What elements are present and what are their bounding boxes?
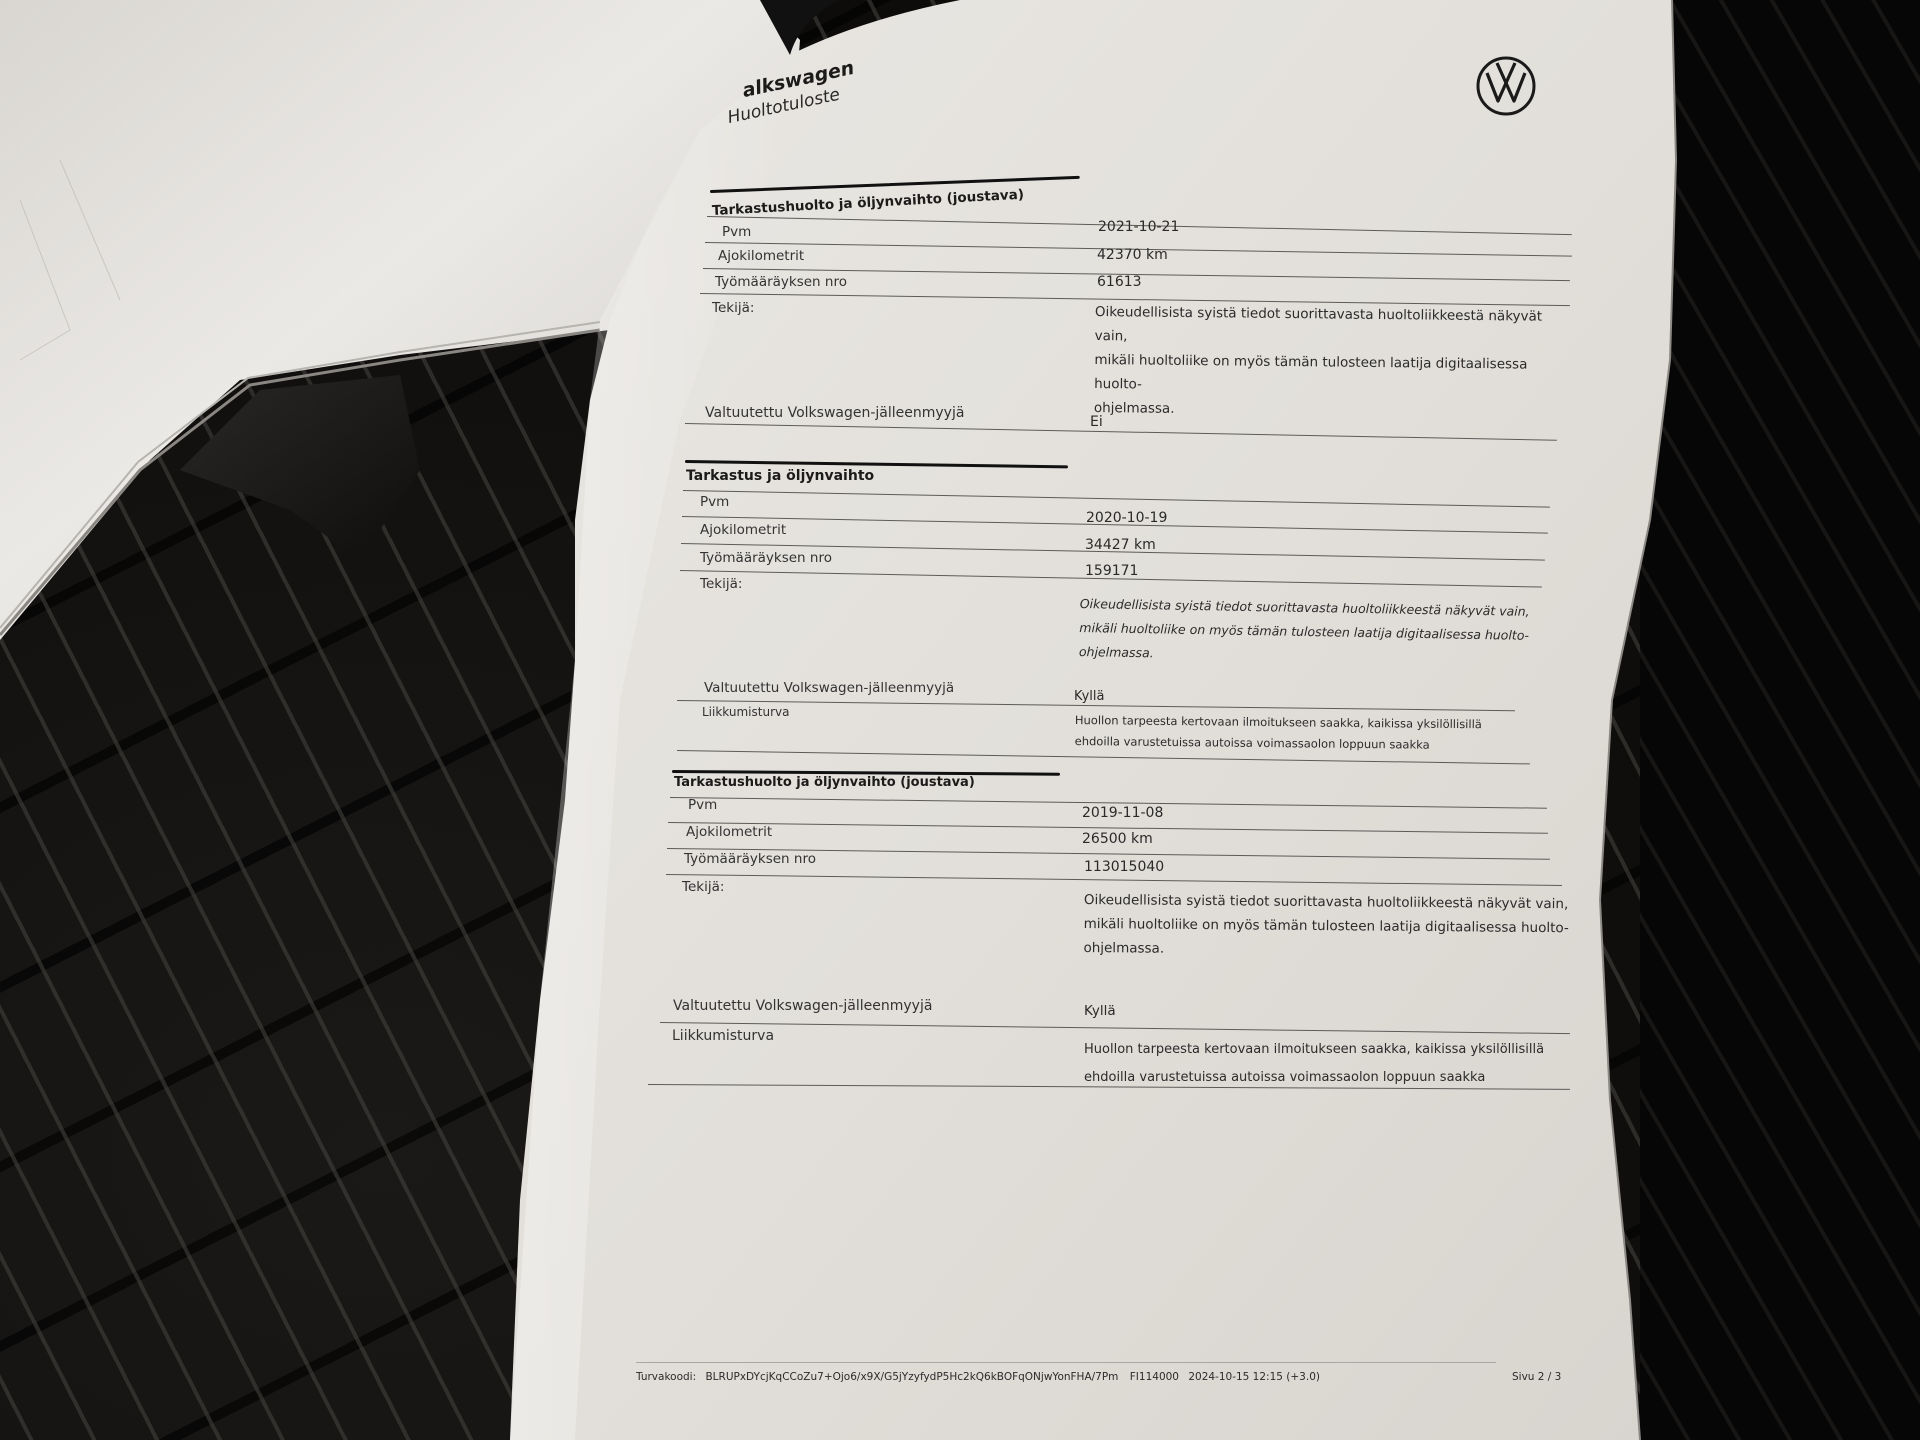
dealer-code: FI114000 [1130, 1371, 1179, 1383]
page-number: Sivu 2 / 3 [1512, 1371, 1561, 1383]
row-label-date: Pvm [722, 224, 751, 240]
row-value-mileage: 42370 km [1097, 247, 1168, 263]
row-label-performer: Tekijä: [712, 300, 754, 316]
row-value-authorized-dealer: Kyllä [1084, 1003, 1116, 1019]
row-label-work-order: Työmääräyksen nro [700, 550, 832, 566]
row-label-mobility: Liikkumisturva [672, 1028, 774, 1044]
row-label-authorized-dealer: Valtuutettu Volkswagen-jälleenmyyjä [705, 405, 964, 421]
security-code-label: Turvakoodi: [636, 1371, 696, 1383]
section-title: Tarkastushuolto ja öljynvaihto (joustava… [712, 187, 1025, 219]
document-content: alkswagen Huoltotuloste Tarkastushuolto … [0, 0, 1920, 1440]
row-value-performer: Oikeudellisista syistä tiedot suorittava… [1083, 888, 1574, 964]
row-label-mobility: Liikkumisturva [702, 705, 789, 719]
row-label-mileage: Ajokilometrit [700, 522, 786, 538]
footer-divider [636, 1362, 1496, 1363]
row-value-work-order: 61613 [1097, 274, 1142, 290]
row-value-date: 2019-11-08 [1082, 805, 1163, 821]
row-value-mobility: Huollon tarpeesta kertovaan ilmoitukseen… [1075, 710, 1545, 757]
row-label-work-order: Työmääräyksen nro [715, 274, 847, 290]
row-value-work-order: 159171 [1085, 563, 1138, 579]
row-value-authorized-dealer: Kyllä [1074, 689, 1104, 704]
row-label-performer: Tekijä: [682, 879, 724, 895]
print-timestamp: 2024-10-15 12:15 (+3.0) [1188, 1371, 1320, 1383]
row-value-mileage: 26500 km [1082, 831, 1153, 847]
row-label-performer: Tekijä: [700, 576, 742, 592]
row-label-authorized-dealer: Valtuutettu Volkswagen-jälleenmyyjä [673, 998, 932, 1014]
row-value-performer: Oikeudellisista syistä tiedot suorittava… [1079, 592, 1550, 672]
footer: Turvakoodi: BLRUPxDYcjKqCCoZu7+Ojo6/x9X/… [636, 1371, 1320, 1383]
section-divider-bar [710, 176, 1080, 193]
row-label-mileage: Ajokilometrit [718, 248, 804, 264]
row-label-mileage: Ajokilometrit [686, 824, 772, 840]
security-code: BLRUPxDYcjKqCCoZu7+Ojo6/x9X/G5jYzyfydP5H… [705, 1371, 1118, 1383]
row-label-authorized-dealer: Valtuutettu Volkswagen-jälleenmyyjä [704, 680, 954, 696]
row-value-authorized-dealer: Ei [1090, 414, 1103, 430]
row-value-mobility: Huollon tarpeesta kertovaan ilmoitukseen… [1084, 1036, 1584, 1092]
row-label-work-order: Työmääräyksen nro [684, 851, 816, 867]
section-title: Tarkastushuolto ja öljynvaihto (joustava… [674, 775, 975, 790]
row-value-performer: Oikeudellisista syistä tiedot suorittava… [1094, 300, 1575, 425]
row-value-date: 2021-10-21 [1098, 219, 1179, 235]
row-value-work-order: 113015040 [1084, 859, 1164, 875]
row-label-date: Pvm [688, 797, 717, 813]
vw-logo-icon [1475, 55, 1537, 117]
row-label-date: Pvm [700, 494, 729, 510]
section-title: Tarkastus ja öljynvaihto [686, 468, 874, 484]
